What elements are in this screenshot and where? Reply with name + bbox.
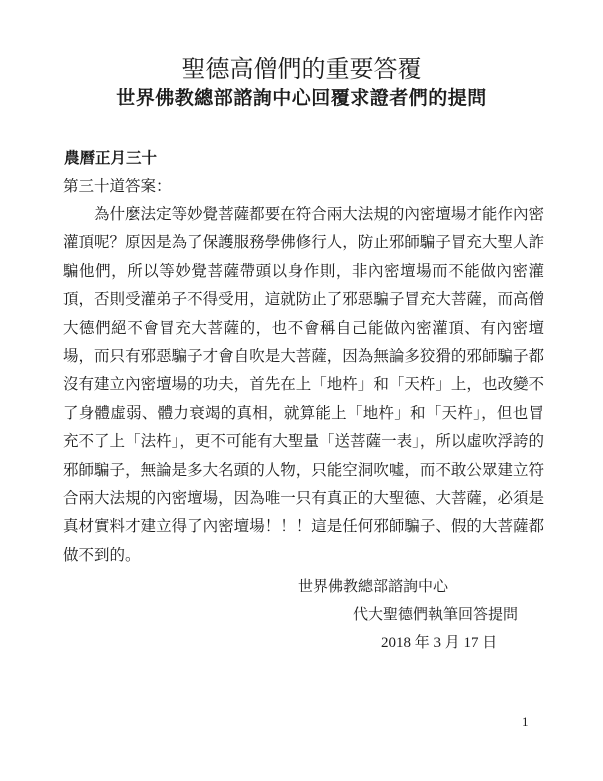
document-page: 聖德高僧們的重要答覆 世界佛教總部諮詢中心回覆求證者們的提問 農曆正月三十 第三… bbox=[0, 0, 603, 781]
lunar-date-heading: 農曆正月三十 bbox=[64, 149, 157, 168]
answer-body-paragraph: 為什麼法定等妙覺菩薩都要在符合兩大法規的內密壇場才能作內密灌頂呢？原因是為了保護… bbox=[63, 201, 544, 570]
document-title: 聖德高僧們的重要答覆 bbox=[0, 56, 603, 85]
document-subtitle: 世界佛教總部諮詢中心回覆求證者們的提問 bbox=[0, 88, 603, 111]
signature-organization: 世界佛教總部諮詢中心 bbox=[298, 578, 448, 597]
answer-number-heading: 第三十道答案： bbox=[63, 177, 172, 196]
page-number: 1 bbox=[522, 714, 529, 730]
signature-author-line: 代大聖德們執筆回答提問 bbox=[353, 606, 518, 625]
signature-date: 2018 年 3 月 17 日 bbox=[381, 634, 497, 653]
